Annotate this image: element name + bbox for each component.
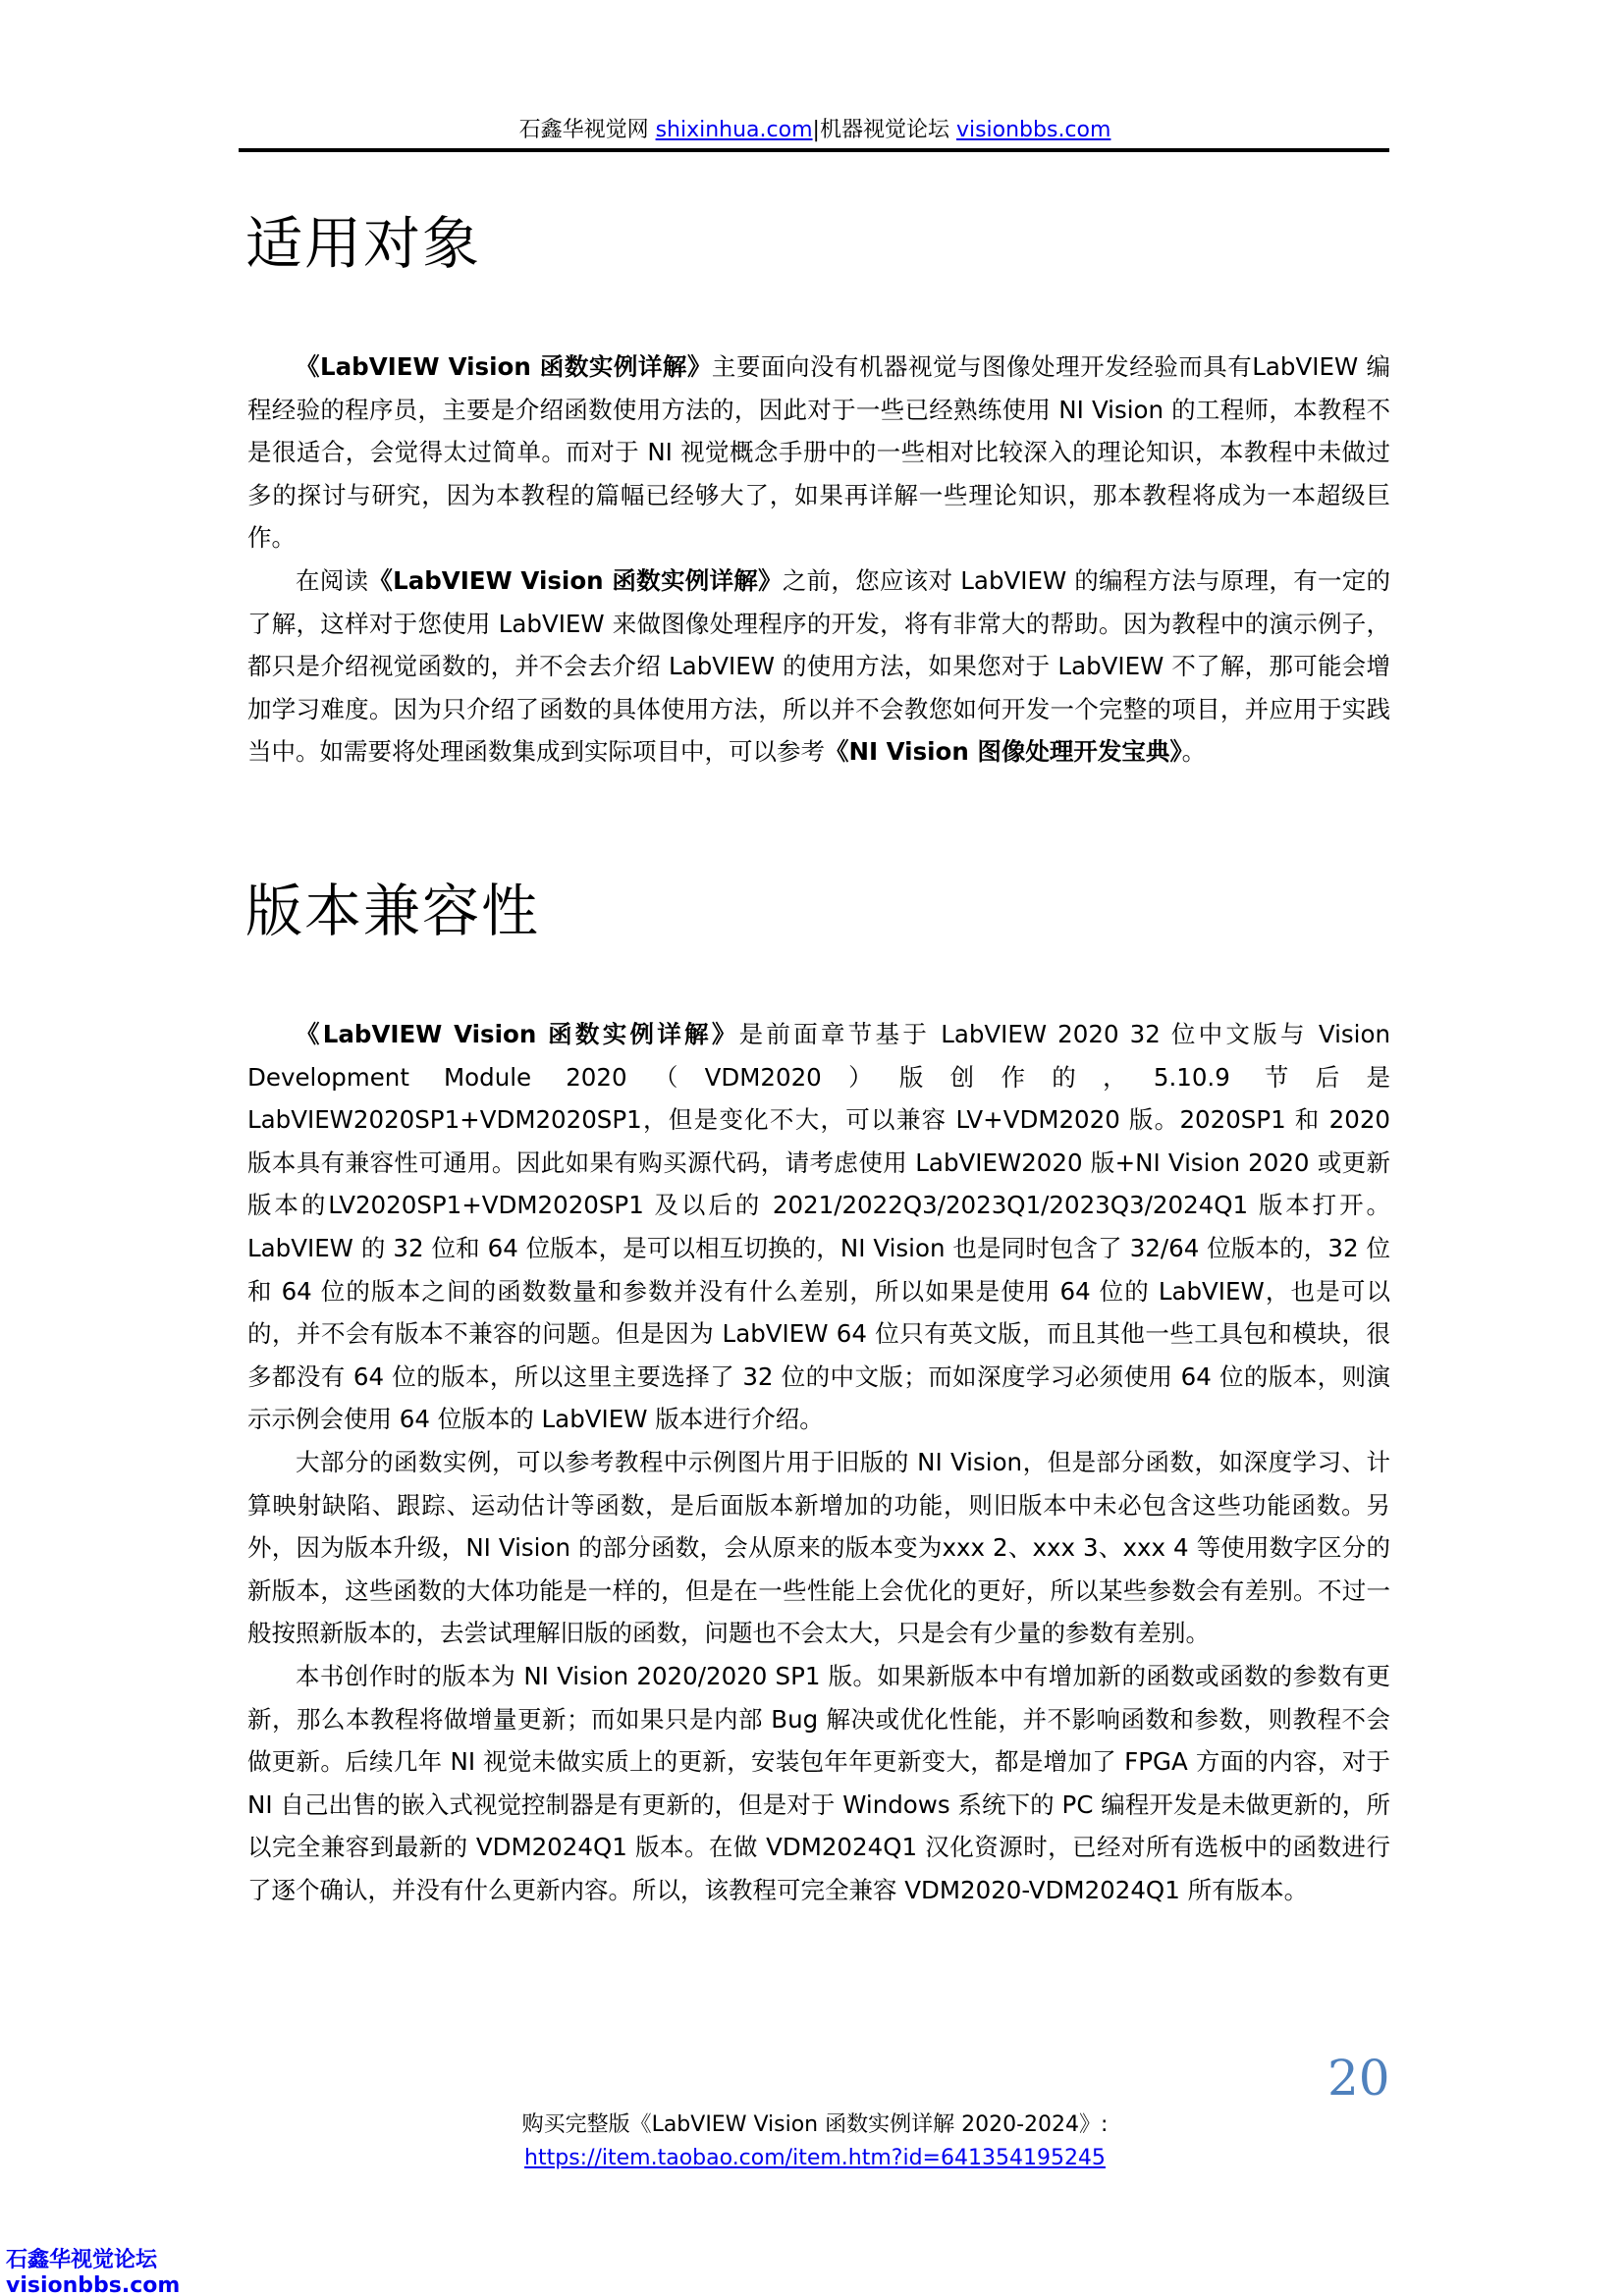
header-separator: |机器视觉论坛 (813, 118, 956, 142)
watermark: 石鑫华视觉论坛 visionbbs.com (6, 2248, 180, 2296)
paragraph: 大部分的函数实例，可以参考教程中示例图片用于旧版的 NI Vision，但是部分… (247, 1441, 1390, 1655)
header-forum-link[interactable]: visionbbs.com (956, 118, 1110, 142)
book-title: 《LabVIEW Vision 函数实例详解》 (296, 352, 712, 381)
section-title-audience: 适用对象 (245, 209, 481, 278)
header-site-link[interactable]: shixinhua.com (656, 118, 813, 142)
paragraph: 在阅读《LabVIEW Vision 函数实例详解》之前，您应该对 LabVIE… (247, 560, 1390, 774)
page-footer: 购买完整版《LabVIEW Vision 函数实例详解 2020-2024》: … (244, 2109, 1386, 2175)
section-body-audience: 《LabVIEW Vision 函数实例详解》主要面向没有机器视觉与图像处理开发… (247, 346, 1390, 774)
page-header: 石鑫华视觉网 shixinhua.com|机器视觉论坛 visionbbs.co… (244, 116, 1386, 145)
paragraph: 本书创作时的版本为 NI Vision 2020/2020 SP1 版。如果新版… (247, 1655, 1390, 1912)
watermark-title: 石鑫华视觉论坛 (6, 2248, 180, 2273)
page-number: 20 (1327, 2050, 1390, 2107)
section-title-compatibility: 版本兼容性 (245, 877, 540, 945)
book-title: 《LabVIEW Vision 函数实例详解》 (368, 566, 782, 595)
header-divider (239, 148, 1389, 152)
header-site-name: 石鑫华视觉网 (519, 118, 656, 142)
reference-book-title: 《NI Vision 图像处理开发宝典》 (825, 737, 1182, 766)
watermark-url: visionbbs.com (6, 2273, 180, 2296)
purchase-text: 购买完整版《LabVIEW Vision 函数实例详解 2020-2024》: (244, 2109, 1386, 2142)
paragraph: 《LabVIEW Vision 函数实例详解》是前面章节基于 LabVIEW 2… (247, 1013, 1390, 1441)
paragraph: 《LabVIEW Vision 函数实例详解》主要面向没有机器视觉与图像处理开发… (247, 346, 1390, 560)
purchase-link[interactable]: https://item.taobao.com/item.htm?id=6413… (524, 2146, 1106, 2170)
section-body-compatibility: 《LabVIEW Vision 函数实例详解》是前面章节基于 LabVIEW 2… (247, 1013, 1390, 1911)
book-title: 《LabVIEW Vision 函数实例详解》 (296, 1020, 739, 1048)
